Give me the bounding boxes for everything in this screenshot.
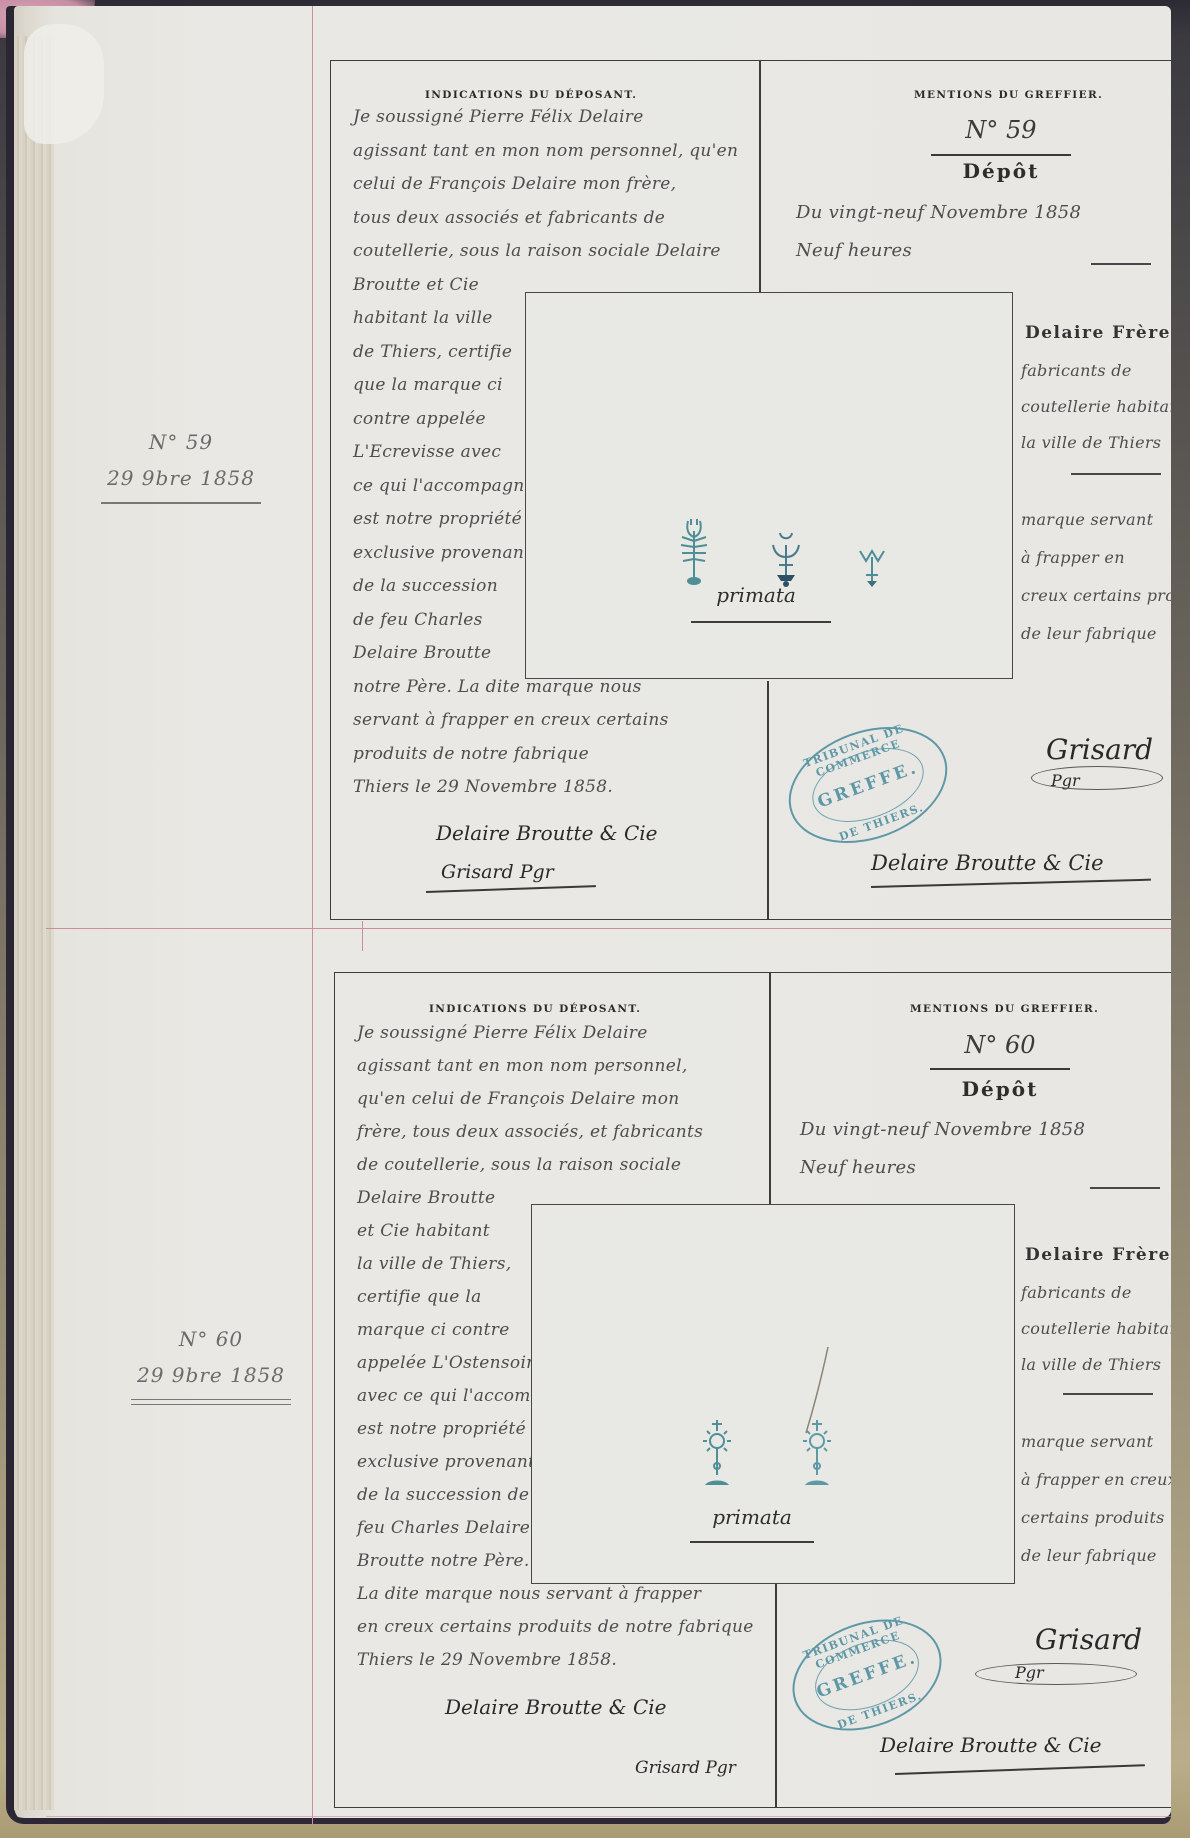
applicant-text: fabricants de coutellerie habitant la vi… (1021, 1275, 1171, 1383)
text-line: certains produits (1021, 1499, 1171, 1537)
text-line: coutellerie habitant (1021, 389, 1171, 425)
clerk-flourish (975, 1663, 1137, 1685)
depot-date-time: Du vingt-neuf Novembre 1858 Neuf heures (796, 194, 1081, 270)
text-line: agissant tant en mon nom personnel, (357, 1050, 754, 1083)
court-stamp: TRIBUNAL DE COMMERCE GREFFE. DE THIERS. (772, 706, 963, 864)
entry-number: N° 60 (905, 1031, 1095, 1059)
clerk-signature: Grisard (1035, 1623, 1142, 1656)
margin-rule-tick (362, 921, 363, 951)
margin-underline (131, 1399, 291, 1405)
page-edge-stack (14, 36, 54, 1810)
time-line: Neuf heures (796, 232, 1081, 270)
text-line: de leur fabrique (1021, 1537, 1171, 1575)
text-line: la ville de Thiers (1021, 1347, 1171, 1383)
margin-number: N° 60 (131, 1321, 291, 1357)
court-stamp: TRIBUNAL DE COMMERCE GREFFE. DE THIERS. (777, 1600, 957, 1750)
text-line: produits de notre fabrique (353, 738, 738, 772)
entry-separator-rule (46, 928, 1171, 929)
mark-label: primata (696, 583, 816, 607)
margin-date: 29 9bre 1858 (131, 1357, 291, 1393)
deposant-countersign: Grisard Pgr (635, 1758, 736, 1778)
text-line: frère, tous deux associés, et fabricants (357, 1116, 754, 1149)
mark-box-2: primata (531, 1204, 1015, 1584)
text-line: de coutellerie, sous la raison sociale (357, 1149, 754, 1182)
header-mentions-greffier: MENTIONS DU GREFFIER. (910, 1003, 1099, 1015)
margin-number: N° 59 (101, 424, 261, 460)
trident-mark-icon (857, 547, 887, 591)
mark-box-1: primata (525, 292, 1013, 679)
margin-rule-left (312, 6, 313, 1824)
torn-corner (24, 24, 104, 144)
text-line: agissant tant en mon nom personnel, qu'e… (353, 135, 738, 169)
number-underline (930, 1068, 1070, 1070)
header-indications-deposant: INDICATIONS DU DÉPOSANT. (425, 89, 637, 101)
monstrance-mark-icon (697, 1419, 737, 1491)
text-line: la ville de Thiers (1021, 425, 1171, 461)
text-line: Thiers le 29 Novembre 1858. (353, 771, 738, 805)
text-line: marque servant (1021, 1423, 1171, 1461)
applicant-header: Delaire Frères (1025, 323, 1171, 343)
crescent-trident-mark-icon (769, 531, 803, 589)
margin-note-1: N° 59 29 9bre 1858 (101, 424, 261, 504)
mark-label-underline (691, 621, 831, 623)
applicant-text: fabricants de coutellerie habitant la vi… (1021, 353, 1171, 461)
text-line: coutellerie, sous la raison sociale Dela… (353, 235, 738, 269)
time-rule (1091, 263, 1151, 265)
deposant-signature: Delaire Broutte & Cie (445, 1695, 666, 1719)
applicant-rule (1063, 1393, 1153, 1395)
mark-label: primata (692, 1505, 812, 1529)
text-line: coutellerie habitant (1021, 1311, 1171, 1347)
applicant-rule (1071, 473, 1161, 475)
text-line: Je soussigné Pierre Félix Delaire (353, 101, 738, 135)
text-line: de leur fabrique (1021, 615, 1171, 653)
number-underline (931, 154, 1071, 156)
signature-flourish-line (426, 885, 596, 892)
text-line: Je soussigné Pierre Félix Delaire (357, 1017, 754, 1050)
depot-date-time: Du vingt-neuf Novembre 1858 Neuf heures (800, 1111, 1085, 1187)
crayfish-mark-icon (674, 517, 714, 587)
applicant-signature-line (895, 1764, 1145, 1774)
text-line: marque servant (1021, 501, 1171, 539)
margin-date: 29 9bre 1858 (101, 460, 261, 496)
time-rule (1090, 1187, 1160, 1189)
text-line: Thiers le 29 Novembre 1858. (357, 1644, 754, 1677)
bottom-rule (46, 1816, 1171, 1817)
text-line: à frapper en creux (1021, 1461, 1171, 1499)
depot-title: Dépôt (906, 159, 1096, 183)
text-line: qu'en celui de François Delaire mon (357, 1083, 754, 1116)
text-line: celui de François Delaire mon frère, (353, 168, 738, 202)
applicant-header: Delaire Frères (1025, 1245, 1171, 1265)
applicant-signature: Delaire Broutte & Cie (880, 1733, 1101, 1757)
purpose-text: marque servant à frapper en creux certai… (1021, 501, 1171, 653)
column-divider-lower (775, 1583, 777, 1807)
header-indications-deposant: INDICATIONS DU DÉPOSANT. (429, 1003, 641, 1015)
clerk-signature: Grisard (1046, 733, 1153, 766)
deposant-signature: Delaire Broutte & Cie (436, 821, 657, 845)
applicant-signature: Delaire Broutte & Cie (871, 851, 1104, 875)
mark-label-underline (690, 1541, 814, 1543)
date-line: Du vingt-neuf Novembre 1858 (800, 1111, 1085, 1149)
entry-number: N° 59 (906, 116, 1096, 144)
text-line: servant à frapper en creux certains (353, 704, 738, 738)
column-divider-lower (767, 681, 769, 919)
date-line: Du vingt-neuf Novembre 1858 (796, 194, 1081, 232)
text-line: creux certains produits (1021, 577, 1171, 615)
deposant-countersign: Grisard Pgr (441, 861, 554, 883)
applicant-signature-line (871, 879, 1151, 888)
margin-note-2: N° 60 29 9bre 1858 (131, 1321, 291, 1405)
text-line: fabricants de (1021, 353, 1171, 389)
text-line: à frapper en (1021, 539, 1171, 577)
register-page: N° 59 29 9bre 1858 INDICATIONS DU DÉPOSA… (6, 6, 1171, 1824)
time-line: Neuf heures (800, 1149, 1085, 1187)
pencil-stroke-mark (802, 1345, 832, 1435)
margin-underline (101, 502, 261, 504)
depot-title: Dépôt (905, 1077, 1095, 1101)
header-mentions-greffier: MENTIONS DU GREFFIER. (914, 89, 1103, 101)
purpose-text: marque servant à frapper en creux certai… (1021, 1423, 1171, 1575)
text-line: tous deux associés et fabricants de (353, 202, 738, 236)
text-line: en creux certains produits de notre fabr… (357, 1611, 754, 1644)
text-line: fabricants de (1021, 1275, 1171, 1311)
clerk-flourish (1031, 766, 1163, 790)
